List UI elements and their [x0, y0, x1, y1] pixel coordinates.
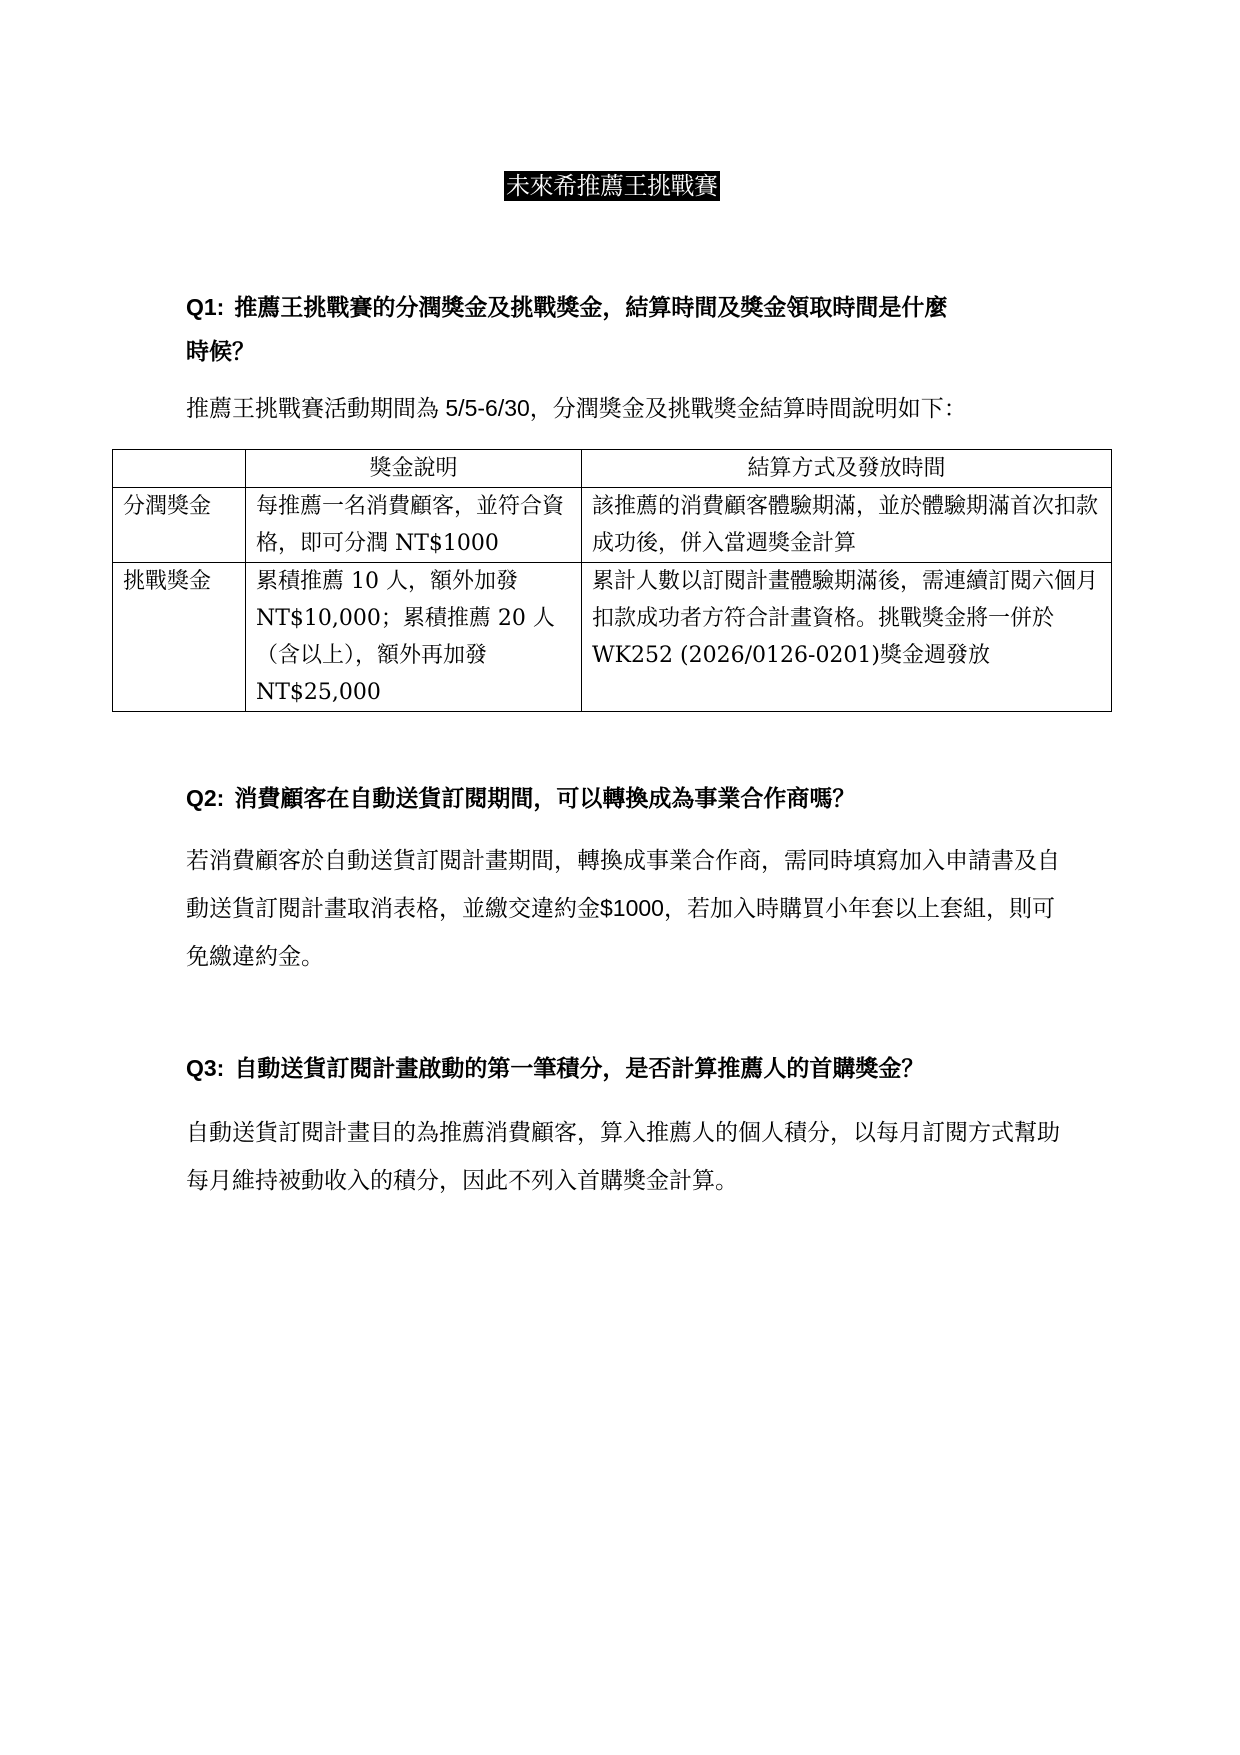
faq-question-2: Q2:消費顧客在自動送貨訂閱期間，可以轉換成為事業合作商嗎？: [186, 776, 1066, 820]
faq-intro-1: 推薦王挑戰賽活動期間為 5/5-6/30，分潤獎金及挑戰獎金結算時間說明如下：: [186, 384, 1066, 432]
question-text: 自動送貨訂閱計畫啟動的第一筆積分，是否計算推薦人的首購獎金？: [234, 1055, 924, 1081]
question-number: Q1:: [186, 294, 224, 320]
page-title: 未來希推薦王挑戰賽: [504, 171, 720, 201]
table-header-cell: 獎金說明: [246, 450, 582, 488]
question-number: Q3:: [186, 1055, 224, 1081]
faq-answer-3: 自動送貨訂閱計畫目的為推薦消費顧客，算入推薦人的個人積分，以每月訂閱方式幫助每月…: [186, 1108, 1066, 1204]
table-row: 挑戰獎金 累積推薦 10 人，額外加發 NT$10,000；累積推薦 20 人（…: [113, 563, 1112, 712]
faq-answer-2: 若消費顧客於自動送貨訂閱計畫期間，轉換成事業合作商，需同時填寫加入申請書及自動送…: [186, 836, 1066, 980]
table-cell-settlement: 累計人數以訂閱計畫體驗期滿後，需連續訂閱六個月扣款成功者方符合計畫資格。挑戰獎金…: [582, 563, 1112, 712]
table-cell-description: 每推薦一名消費顧客，並符合資格，即可分潤 NT$1000: [246, 488, 582, 563]
table-cell-description: 累積推薦 10 人，額外加發 NT$10,000；累積推薦 20 人（含以上），…: [246, 563, 582, 712]
table-header-cell: [113, 450, 246, 488]
question-number: Q2:: [186, 785, 224, 811]
table-cell-name: 挑戰獎金: [113, 563, 246, 712]
faq-question-3: Q3:自動送貨訂閱計畫啟動的第一筆積分，是否計算推薦人的首購獎金？: [186, 1046, 1066, 1090]
table-header-cell: 結算方式及發放時間: [582, 450, 1112, 488]
question-text-line2: 時候？: [186, 338, 255, 364]
question-text-line1: 推薦王挑戰賽的分潤獎金及挑戰獎金，結算時間及獎金領取時間是什麼: [234, 294, 947, 320]
table-cell-settlement: 該推薦的消費顧客體驗期滿，並於體驗期滿首次扣款成功後，併入當週獎金計算: [582, 488, 1112, 563]
faq-question-1: Q1:推薦王挑戰賽的分潤獎金及挑戰獎金，結算時間及獎金領取時間是什麼 時候？: [186, 285, 1066, 373]
table-row: 分潤獎金 每推薦一名消費顧客，並符合資格，即可分潤 NT$1000 該推薦的消費…: [113, 488, 1112, 563]
table-cell-name: 分潤獎金: [113, 488, 246, 563]
question-text: 消費顧客在自動送貨訂閱期間，可以轉換成為事業合作商嗎？: [234, 785, 855, 811]
prize-table: 獎金說明 結算方式及發放時間 分潤獎金 每推薦一名消費顧客，並符合資格，即可分潤…: [112, 449, 1112, 712]
table-header-row: 獎金說明 結算方式及發放時間: [113, 450, 1112, 488]
